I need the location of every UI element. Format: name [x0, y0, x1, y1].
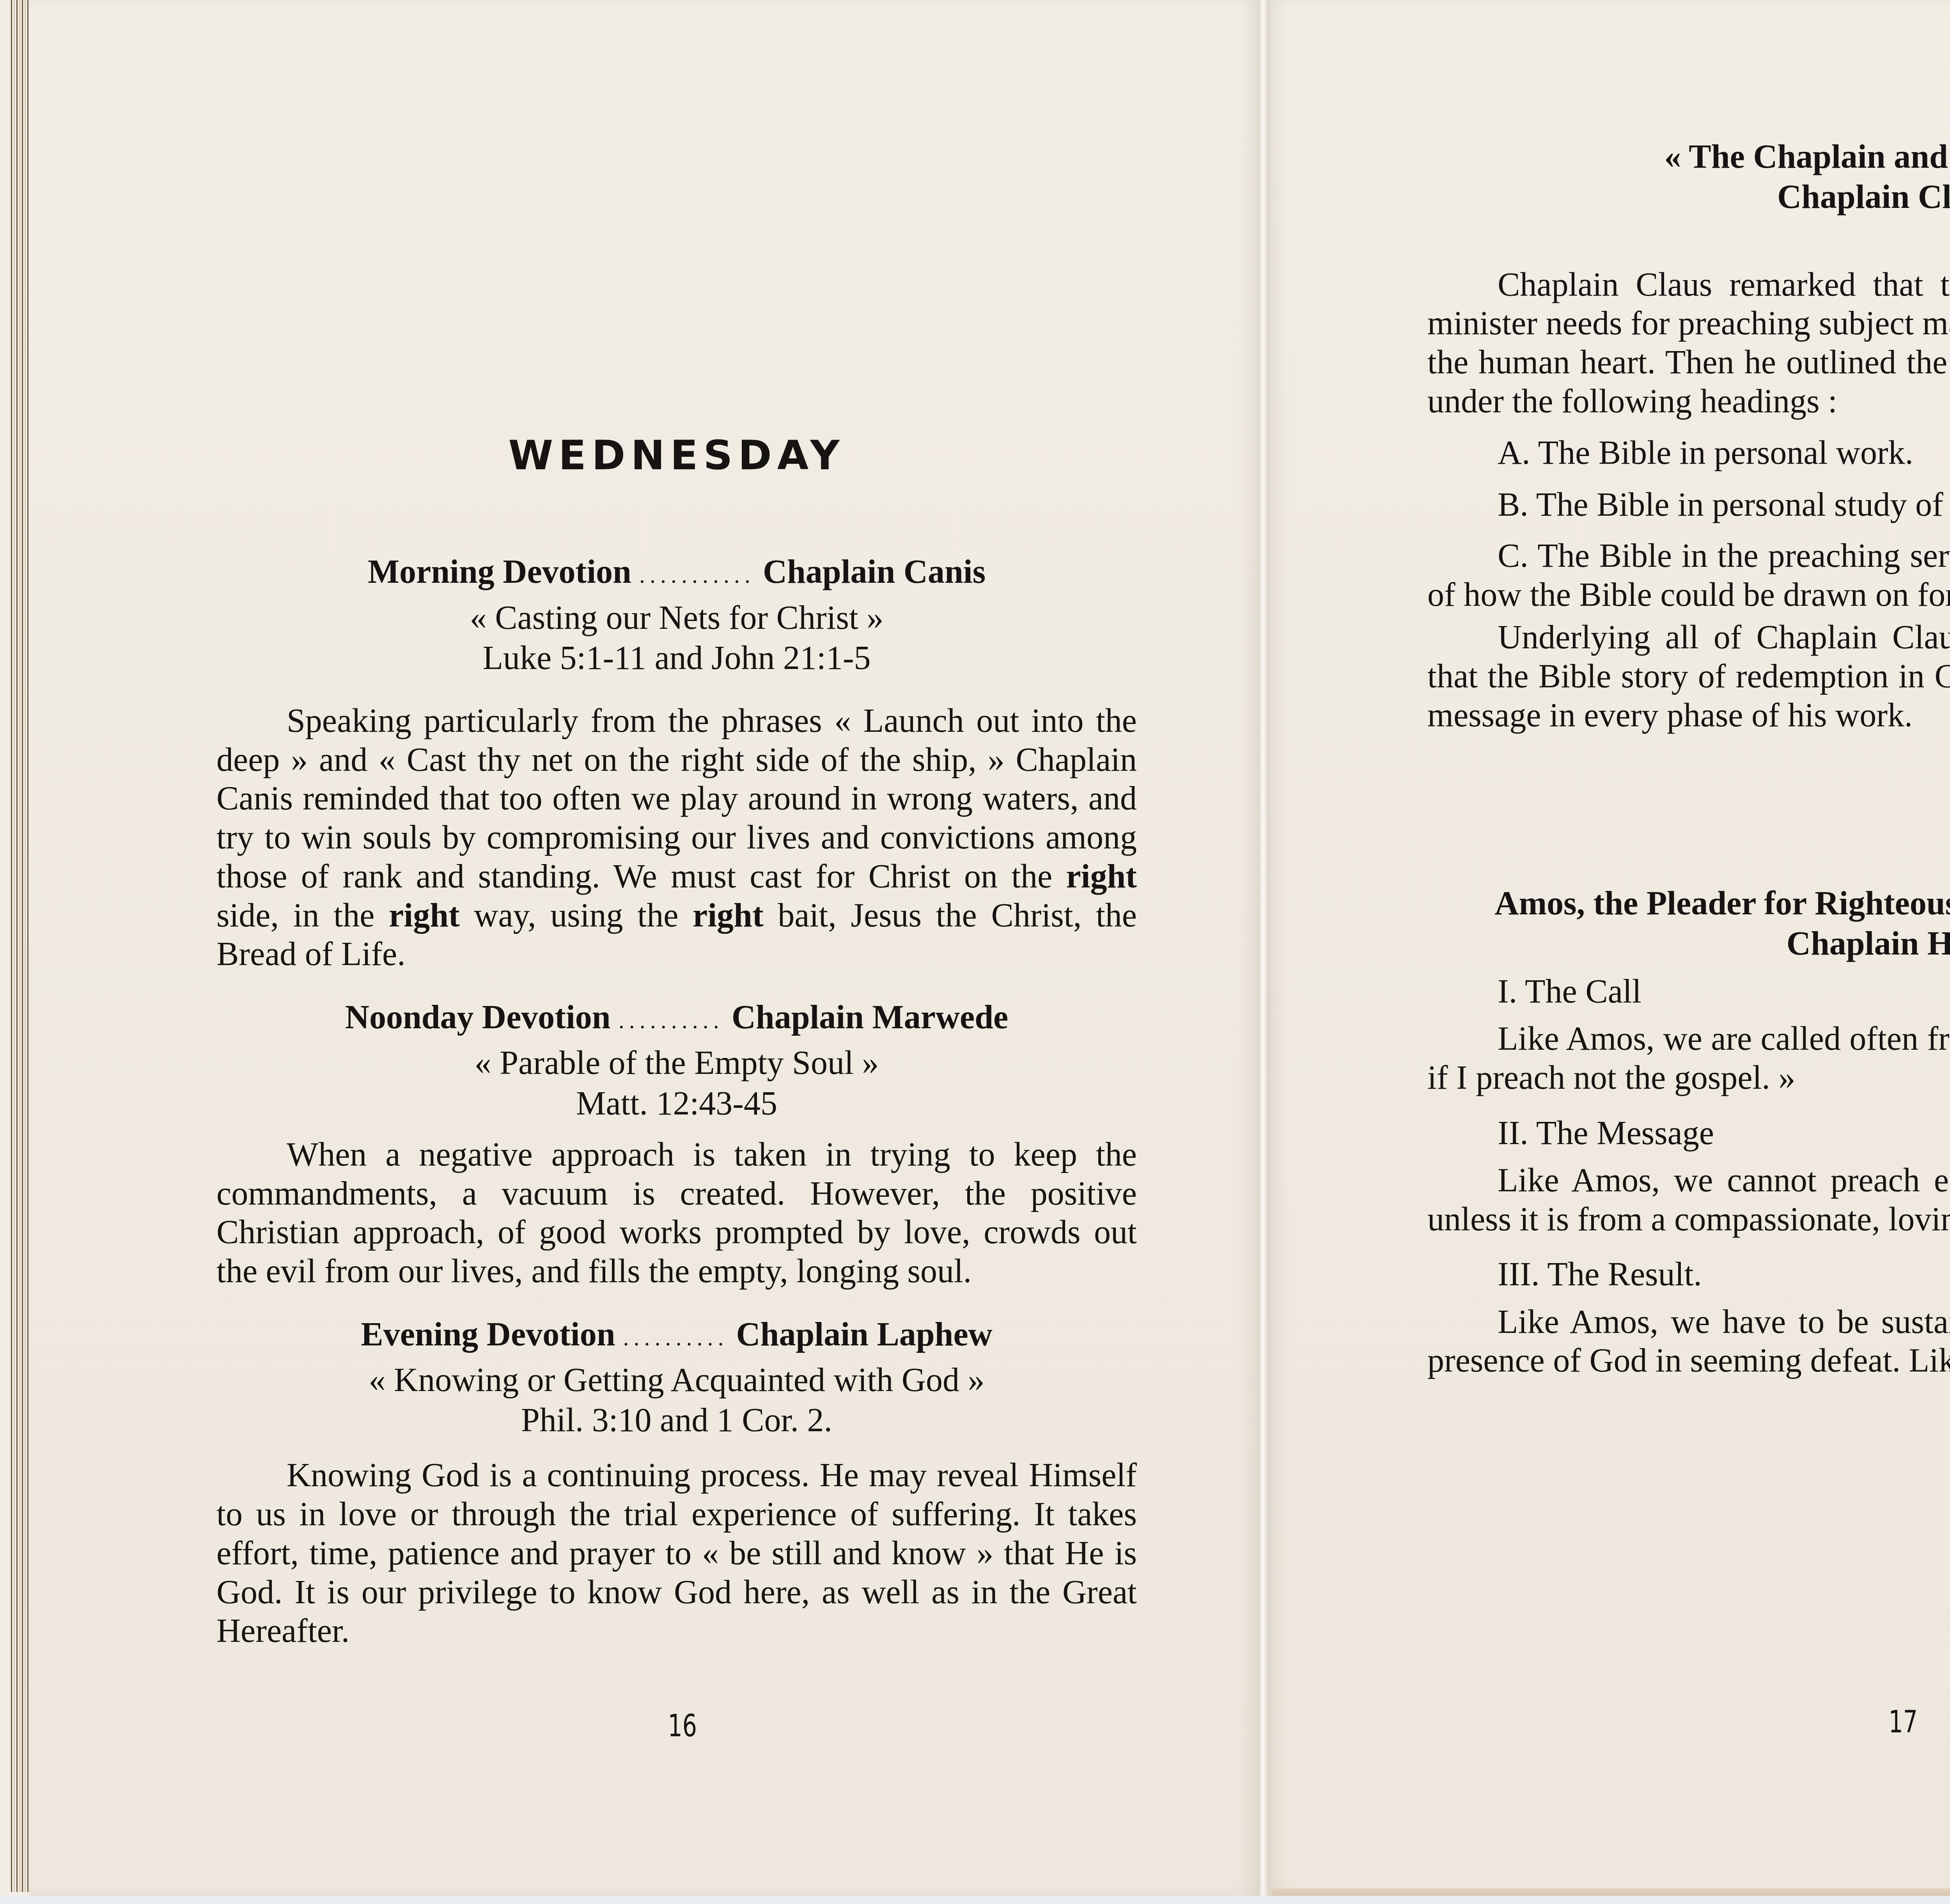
evening-devotion: Evening Devotion .......... Chaplain Lap… [216, 1314, 1137, 1650]
devotion-chaplain: Chaplain Canis [763, 552, 986, 592]
dot-leader: ........... [639, 561, 755, 589]
right-page-content: « The Chaplain and His Bible » Chaplain … [1427, 137, 1950, 1380]
address-chaplain-bible: « The Chaplain and His Bible » Chaplain … [1427, 137, 1950, 735]
bottom-page-edge [1271, 1888, 1950, 1896]
devotion-type: Evening Devotion [361, 1314, 615, 1354]
devotion-title: « Casting our Nets for Christ » [216, 598, 1137, 638]
heading-item-b: B. The Bible in personal study of the mi… [1427, 484, 1950, 525]
devotion-body: Knowing God is a continuing process. He … [216, 1456, 1137, 1650]
devotion-body: Speaking particularly from the phrases «… [216, 701, 1137, 974]
morning-devotion: Morning Devotion ........... Chaplain Ca… [216, 552, 1137, 974]
address-amos: Amos, the Pleader for Righteousness, and… [1427, 883, 1950, 1380]
address-speaker: Chaplain Holt [1427, 923, 1950, 964]
scripture-reference: 2 Tim. 3:16 [1427, 217, 1950, 257]
devotion-chaplain: Chaplain Marwede [732, 997, 1009, 1037]
section-body: Like Amos, we cannot preach effectively … [1427, 1161, 1950, 1239]
devotion-type: Noonday Devotion [345, 997, 611, 1037]
devotion-title: « Parable of the Empty Soul » [216, 1043, 1137, 1083]
heading-item-c: C. The Bible in the preaching service, s… [1427, 536, 1950, 614]
day-heading: WEDNESDAY [216, 433, 1137, 477]
address-intro: Chaplain Claus remarked that the Bible c… [1427, 265, 1950, 421]
section-heading: II. The Message [1427, 1113, 1950, 1153]
scripture-reference: Matt. 12:43-45 [216, 1083, 1137, 1123]
address-speaker: Chaplain Claus [1427, 177, 1950, 217]
book-gutter [1258, 0, 1269, 1896]
devotion-header: Morning Devotion ........... Chaplain Ca… [216, 552, 1137, 592]
book-spread: WEDNESDAY Morning Devotion ........... C… [0, 0, 1950, 1896]
address-title: Amos, the Pleader for Righteousness, and… [1427, 883, 1950, 923]
dot-leader: .......... [619, 1006, 724, 1035]
address-conclusion: Underlying all of Chaplain Claus’ commen… [1427, 618, 1950, 735]
devotion-type: Morning Devotion [368, 552, 631, 592]
scripture-reference: Phil. 3:10 and 1 Cor. 2. [216, 1400, 1137, 1440]
devotion-body: When a negative approach is taken in try… [216, 1135, 1137, 1291]
section-heading: I. The Call [1427, 971, 1950, 1011]
page-number-right: 17 [1888, 1705, 1917, 1740]
page-number-left: 16 [668, 1709, 697, 1744]
section-body: Like Amos, we are called often from humb… [1427, 1019, 1950, 1097]
noonday-devotion: Noonday Devotion .......... Chaplain Mar… [216, 997, 1137, 1291]
page-edges [11, 0, 29, 1892]
left-page-content: WEDNESDAY Morning Devotion ........... C… [216, 410, 1137, 1650]
section-body: Like Amos, we have to be sustained by a … [1427, 1302, 1950, 1381]
dot-leader: .......... [623, 1324, 729, 1352]
section-heading: III. The Result. [1427, 1254, 1950, 1294]
heading-item-a: A. The Bible in personal work. [1427, 433, 1950, 473]
devotion-chaplain: Chaplain Laphew [736, 1314, 993, 1354]
address-title: « The Chaplain and His Bible » [1427, 137, 1950, 177]
scripture-reference: Luke 5:1-11 and John 21:1-5 [216, 638, 1137, 678]
devotion-header: Noonday Devotion .......... Chaplain Mar… [216, 997, 1137, 1037]
devotion-header: Evening Devotion .......... Chaplain Lap… [216, 1314, 1137, 1354]
devotion-title: « Knowing or Getting Acquainted with God… [216, 1360, 1137, 1400]
